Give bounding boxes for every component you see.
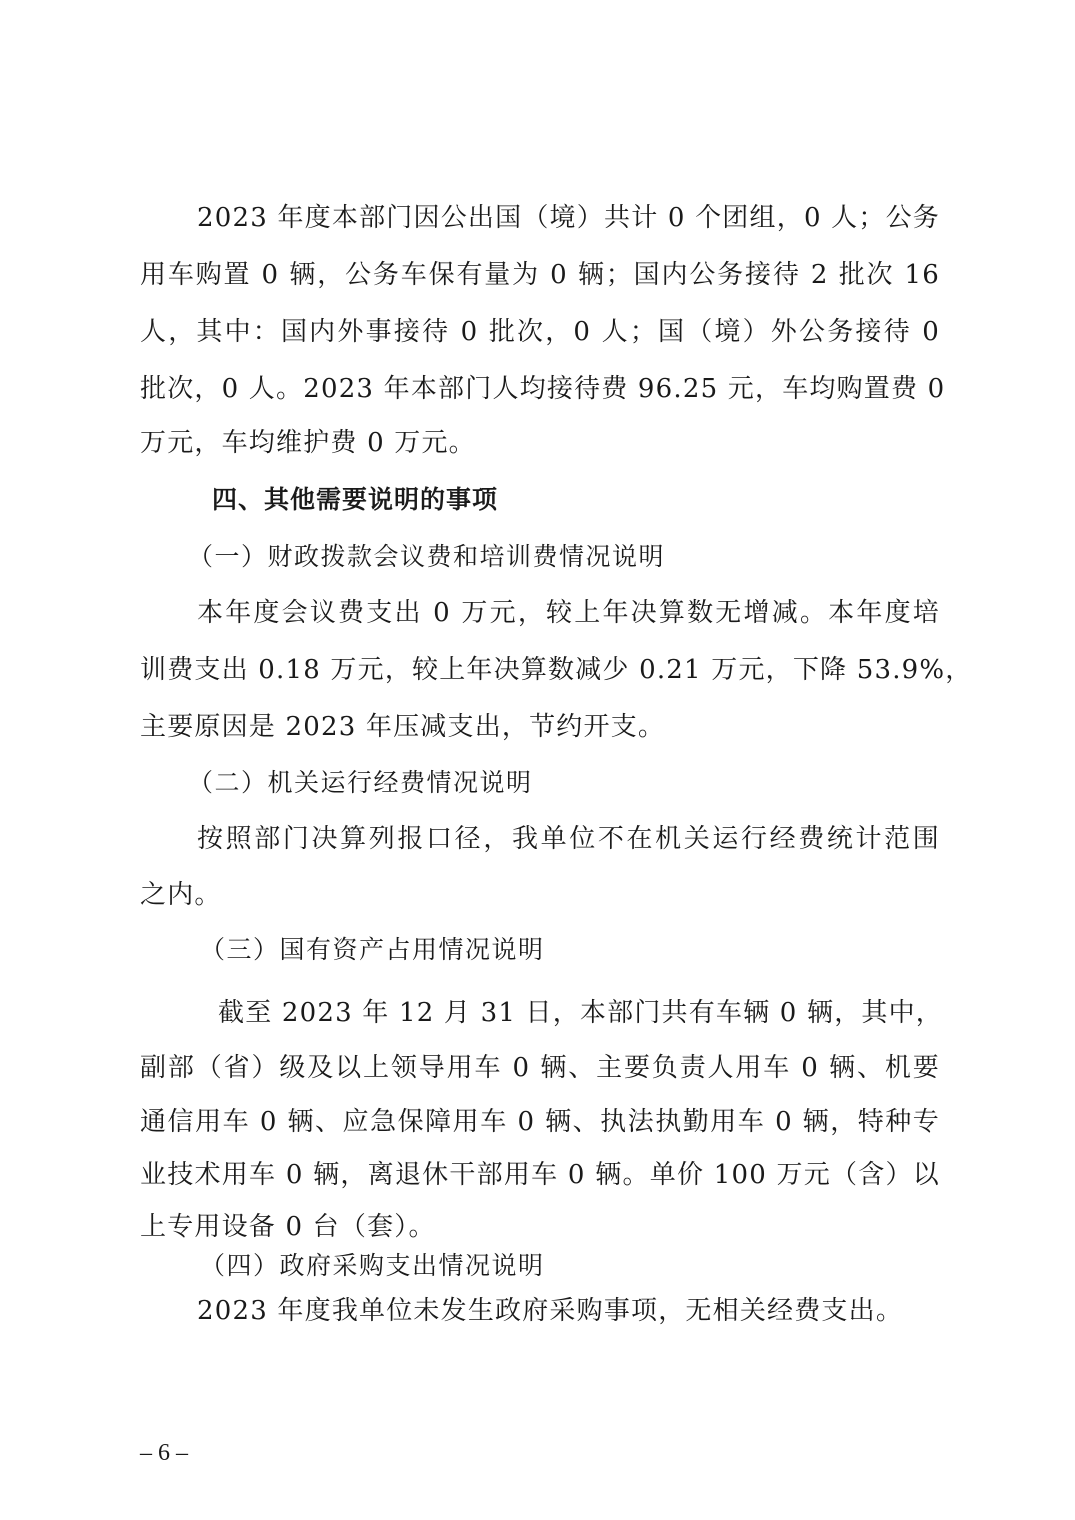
section-heading: 四、其他需要说明的事项 xyxy=(212,485,1012,515)
paragraph-line: 按照部门决算列报口径，我单位不在机关运行经费统计范围 xyxy=(197,824,940,854)
paragraph-line: 副部（省）级及以上领导用车 0 辆、主要负责人用车 0 辆、机要 xyxy=(140,1053,940,1083)
paragraph-line: 之内。 xyxy=(140,880,940,910)
paragraph-line: 批次，0 人。2023 年本部门人均接待费 96.25 元，车均购置费 0 xyxy=(140,374,940,404)
paragraph-line: 万元，车均维护费 0 万元。 xyxy=(140,428,940,458)
paragraph-line: 训费支出 0.18 万元，较上年决算数减少 0.21 万元，下降 53.9%， xyxy=(140,655,940,685)
subsection-heading: （四）政府采购支出情况说明 xyxy=(200,1251,1000,1281)
paragraph-line: 2023 年度本部门因公出国（境）共计 0 个团组，0 人；公务 xyxy=(197,203,940,233)
paragraph-line: 用车购置 0 辆，公务车保有量为 0 辆；国内公务接待 2 批次 16 xyxy=(140,260,940,290)
subsection-heading: （三）国有资产占用情况说明 xyxy=(200,935,1000,965)
paragraph-line: 上专用设备 0 台（套）。 xyxy=(140,1212,940,1242)
page-number: – 6 – xyxy=(140,1440,188,1467)
paragraph-line: 2023 年度我单位未发生政府采购事项，无相关经费支出。 xyxy=(197,1296,997,1326)
paragraph-line: 本年度会议费支出 0 万元，较上年决算数无增减。本年度培 xyxy=(197,598,940,628)
document-page: 2023 年度本部门因公出国（境）共计 0 个团组，0 人；公务 用车购置 0 … xyxy=(0,0,1075,1520)
subsection-heading: （一）财政拨款会议费和培训费情况说明 xyxy=(188,542,988,572)
subsection-heading: （二）机关运行经费情况说明 xyxy=(188,768,988,798)
paragraph-line: 人，其中：国内外事接待 0 批次，0 人；国（境）外公务接待 0 xyxy=(140,317,940,347)
paragraph-line: 截至 2023 年 12 月 31 日，本部门共有车辆 0 辆，其中， xyxy=(218,998,938,1028)
paragraph-line: 主要原因是 2023 年压减支出，节约开支。 xyxy=(140,712,940,742)
paragraph-line: 通信用车 0 辆、应急保障用车 0 辆、执法执勤用车 0 辆，特种专 xyxy=(140,1107,940,1137)
paragraph-line: 业技术用车 0 辆，离退休干部用车 0 辆。单价 100 万元（含）以 xyxy=(140,1160,940,1190)
